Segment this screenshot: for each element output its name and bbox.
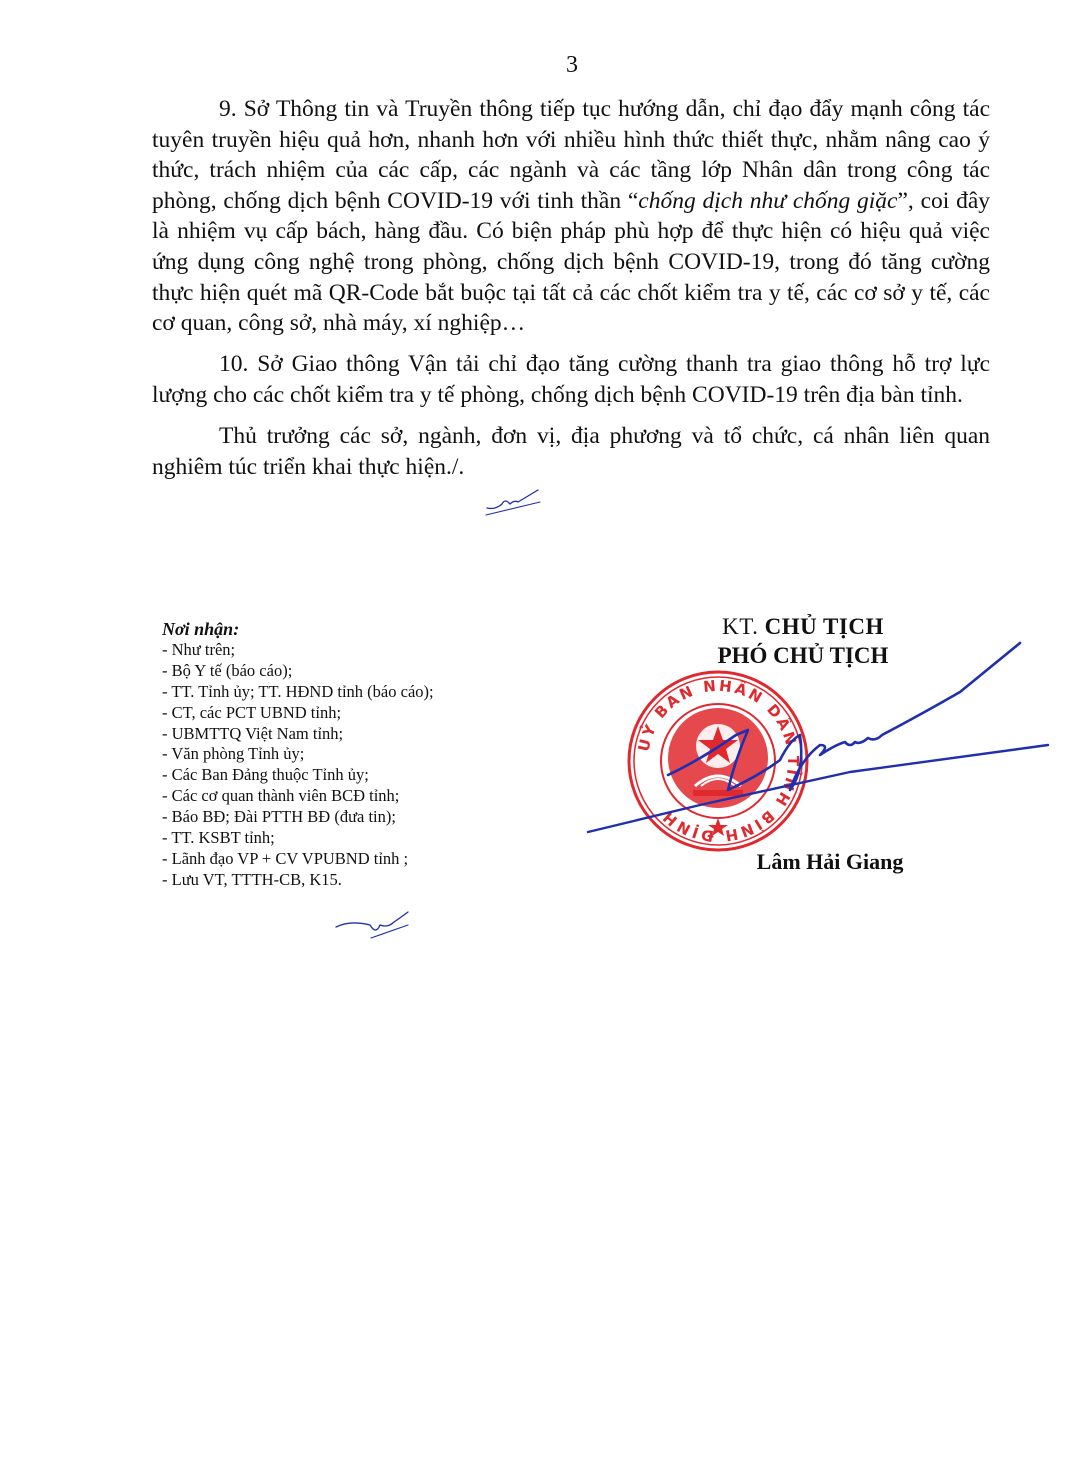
recipient-item: UBMTTQ Việt Nam tỉnh; [162,724,434,745]
signer-name: Lâm Hải Giang [700,848,960,876]
recipient-item: TT. Tỉnh ủy; TT. HĐND tỉnh (báo cáo); [162,682,434,703]
paragraph-item-10: 10. Sở Giao thông Vận tải chỉ đạo tăng c… [152,349,990,410]
recipient-item: CT, các PCT UBND tỉnh; [162,703,434,724]
signer-block: KT. CHỦ TỊCH PHÓ CHỦ TỊCH [660,612,946,670]
recipients-block: Nơi nhận: Như trên; Bộ Y tế (báo cáo); T… [162,619,434,891]
recipients-title: Nơi nhận: [162,619,434,640]
paragraph-text: Thủ trưởng các sở, ngành, đơn vị, địa ph… [152,423,990,480]
paragraph-quote: chống dịch như chống giặc [638,188,897,214]
recipient-item: Như trên; [162,640,434,661]
paragraph-closing: Thủ trưởng các sở, ngành, đơn vị, địa ph… [152,421,990,482]
paragraph-item-9: 9. Sở Thông tin và Truyền thông tiếp tục… [152,94,990,339]
recipient-item: Lãnh đạo VP + CV VPUBND tỉnh ; [162,849,434,870]
initials-stroke-2 [336,912,408,930]
recipient-item: TT. KSBT tỉnh; [162,828,434,849]
recipient-item: Văn phòng Tỉnh ủy; [162,744,434,765]
recipient-item: Bộ Y tế (báo cáo); [162,661,434,682]
recipients-list: Như trên; Bộ Y tế (báo cáo); TT. Tỉnh ủy… [162,640,434,891]
recipient-item: Báo BĐ; Đài PTTH BĐ (đưa tin); [162,807,434,828]
paragraph-text: 10. Sở Giao thông Vận tải chỉ đạo tăng c… [152,351,990,408]
page-number: 3 [0,50,1080,80]
signer-title-line2: PHÓ CHỦ TỊCH [660,641,946,670]
recipient-item: Lưu VT, TTTH-CB, K15. [162,870,434,891]
recipient-item: Các Ban Đảng thuộc Tỉnh ủy; [162,765,434,786]
signer-title-line1: KT. CHỦ TỊCH [660,612,946,641]
document-body: 9. Sở Thông tin và Truyền thông tiếp tục… [152,94,990,482]
recipient-item: Các cơ quan thành viên BCĐ tỉnh; [162,786,434,807]
initials-stroke [487,490,538,509]
emblem-icon [668,708,768,808]
official-stamp: UỶ BAN NHÂN DÂN TỈNH BÌNH ĐỊNH [625,668,811,854]
signer-prefix: KT. [722,614,758,639]
signer-title: CHỦ TỊCH [765,614,884,639]
